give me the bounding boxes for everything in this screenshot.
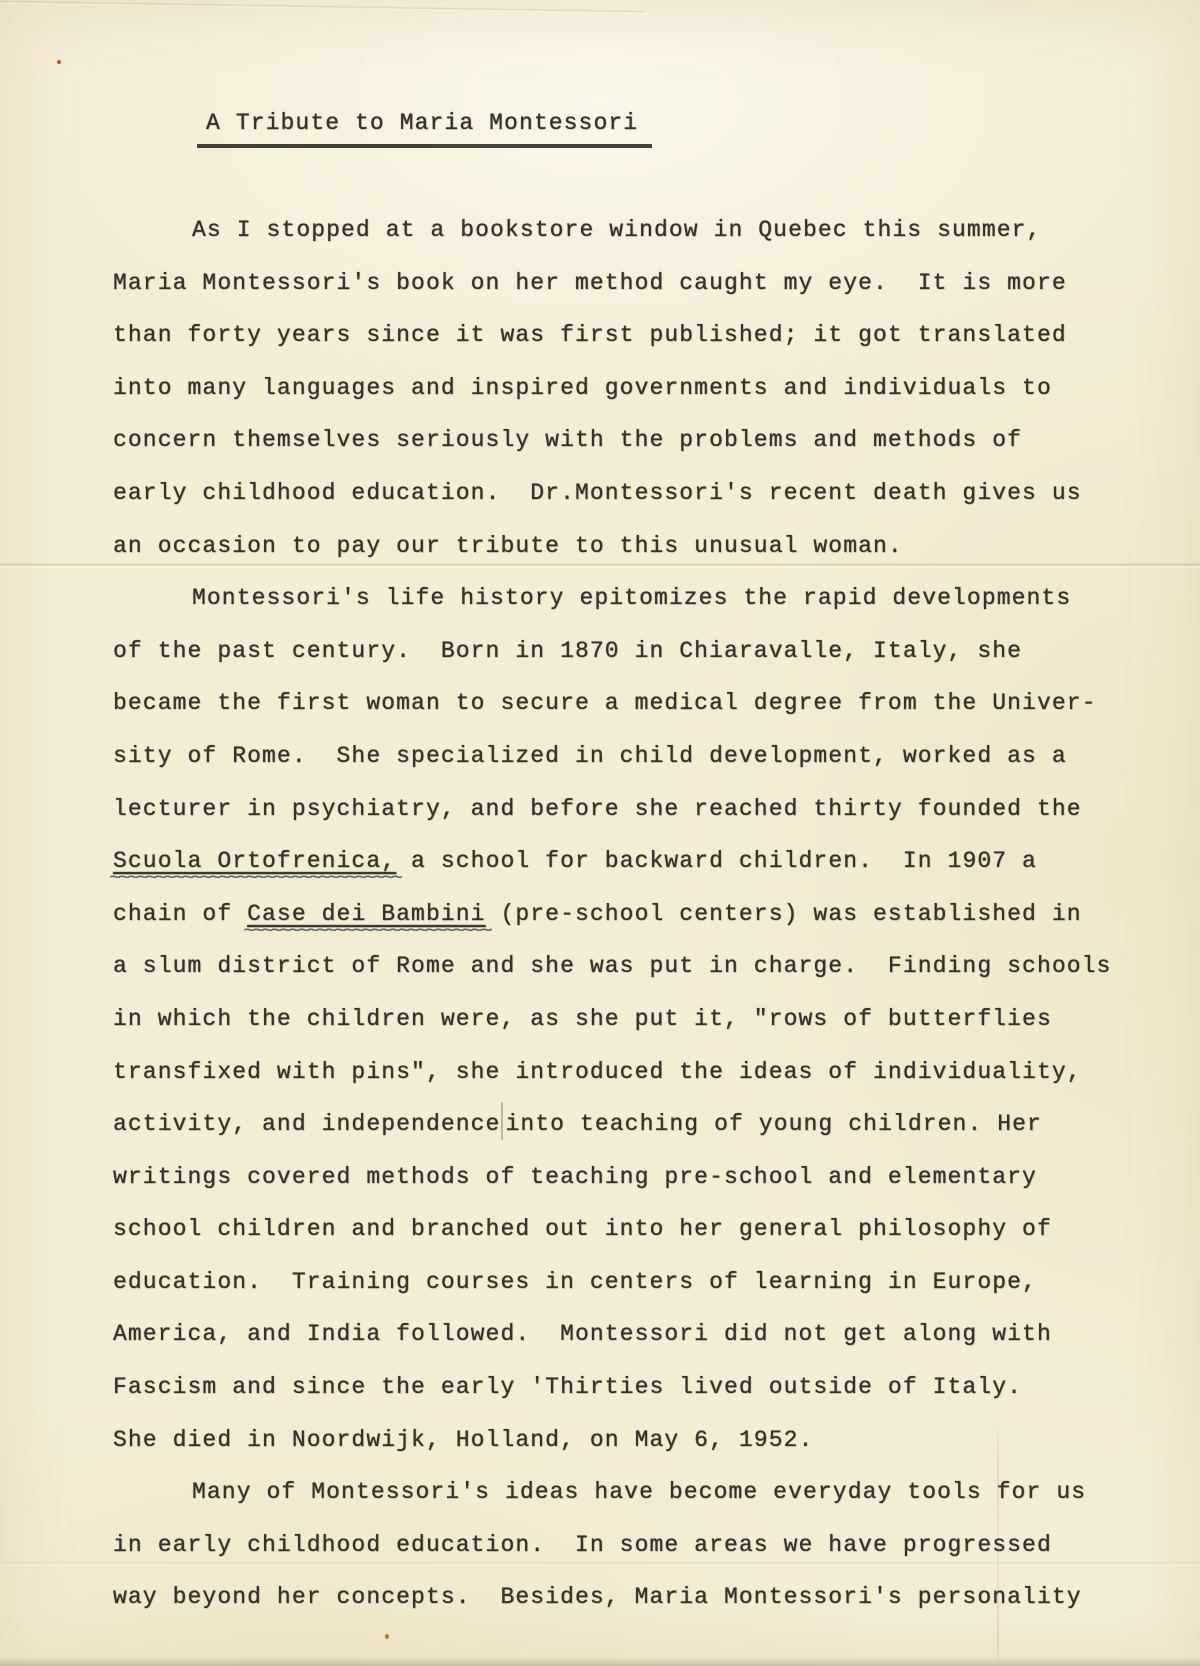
text-line: early childhood education. Dr.Montessori… bbox=[113, 467, 1133, 520]
wavy-underlined-phrase: Scuola Ortofrenica, bbox=[113, 848, 396, 874]
text-run: Montessori's life history epitomizes the… bbox=[192, 585, 1071, 611]
text-line: lecturer in psychiatry, and before she r… bbox=[113, 783, 1133, 836]
text-line: school children and branched out into he… bbox=[113, 1203, 1133, 1256]
text-run: education. Training courses in centers o… bbox=[113, 1269, 1037, 1295]
text-line: Fascism and since the early 'Thirties li… bbox=[113, 1361, 1133, 1414]
text-line: activity, and independenceinto teaching … bbox=[113, 1098, 1133, 1151]
text-line: Many of Montessori's ideas have become e… bbox=[113, 1466, 1133, 1519]
text-line: in early childhood education. In some ar… bbox=[113, 1519, 1133, 1572]
text-line: Scuola Ortofrenica, a school for backwar… bbox=[113, 835, 1133, 888]
document-body: As I stopped at a bookstore window in Qu… bbox=[113, 204, 1133, 1624]
text-run: became the first woman to secure a medic… bbox=[113, 690, 1097, 716]
text-line: concern themselves seriously with the pr… bbox=[113, 414, 1133, 467]
text-run: in early childhood education. In some ar… bbox=[113, 1532, 1052, 1558]
text-line: than forty years since it was first publ… bbox=[113, 309, 1133, 362]
text-run: activity, and independence bbox=[113, 1111, 500, 1137]
text-run: school children and branched out into he… bbox=[113, 1216, 1052, 1242]
wavy-underlined-phrase: Case dei Bambini bbox=[247, 901, 485, 927]
text-run: into teaching of young children. Her bbox=[505, 1111, 1041, 1137]
ink-speck bbox=[385, 1634, 389, 1639]
text-run: a school for backward children. In 1907 … bbox=[396, 848, 1037, 874]
insertion-mark bbox=[501, 1102, 503, 1140]
text-run: writings covered methods of teaching pre… bbox=[113, 1164, 1037, 1190]
text-run: Maria Montessori's book on her method ca… bbox=[113, 270, 1067, 296]
document-title: A Tribute to Maria Montessori bbox=[197, 108, 652, 148]
text-run: way beyond her concepts. Besides, Maria … bbox=[113, 1584, 1082, 1610]
text-run: Many of Montessori's ideas have become e… bbox=[192, 1479, 1086, 1505]
text-run: concern themselves seriously with the pr… bbox=[113, 427, 1022, 453]
text-line: way beyond her concepts. Besides, Maria … bbox=[113, 1571, 1133, 1624]
text-run: into many languages and inspired governm… bbox=[113, 375, 1052, 401]
text-run: (pre-school centers) was established in bbox=[486, 901, 1082, 927]
paper-fold-crease bbox=[0, 0, 645, 14]
text-line: an occasion to pay our tribute to this u… bbox=[113, 520, 1133, 573]
text-line: Maria Montessori's book on her method ca… bbox=[113, 257, 1133, 310]
text-run: early childhood education. Dr.Montessori… bbox=[113, 480, 1082, 506]
ink-speck bbox=[57, 60, 61, 64]
text-run: Fascism and since the early 'Thirties li… bbox=[113, 1374, 1022, 1400]
text-run: As I stopped at a bookstore window in Qu… bbox=[192, 217, 1041, 243]
text-run: lecturer in psychiatry, and before she r… bbox=[113, 796, 1082, 822]
text-run: chain of bbox=[113, 901, 247, 927]
scan-edge-shadow bbox=[0, 1657, 1200, 1666]
text-line: She died in Noordwijk, Holland, on May 6… bbox=[113, 1414, 1133, 1467]
text-line: America, and India followed. Montessori … bbox=[113, 1308, 1133, 1361]
text-run: sity of Rome. She specialized in child d… bbox=[113, 743, 1067, 769]
text-line: in which the children were, as she put i… bbox=[113, 993, 1133, 1046]
text-line: education. Training courses in centers o… bbox=[113, 1256, 1133, 1309]
text-run: in which the children were, as she put i… bbox=[113, 1006, 1052, 1032]
text-run: of the past century. Born in 1870 in Chi… bbox=[113, 638, 1022, 664]
text-line: a slum district of Rome and she was put … bbox=[113, 940, 1133, 993]
text-line: transfixed with pins", she introduced th… bbox=[113, 1046, 1133, 1099]
text-run: an occasion to pay our tribute to this u… bbox=[113, 533, 903, 559]
text-run: a slum district of Rome and she was put … bbox=[113, 953, 1111, 979]
text-line: writings covered methods of teaching pre… bbox=[113, 1151, 1133, 1204]
text-run: than forty years since it was first publ… bbox=[113, 322, 1067, 348]
text-line: into many languages and inspired governm… bbox=[113, 362, 1133, 415]
text-line: became the first woman to secure a medic… bbox=[113, 677, 1133, 730]
scanned-typewritten-page: A Tribute to Maria Montessori As I stopp… bbox=[0, 0, 1200, 1666]
text-line: As I stopped at a bookstore window in Qu… bbox=[113, 204, 1133, 257]
text-run: America, and India followed. Montessori … bbox=[113, 1321, 1052, 1347]
text-line: Montessori's life history epitomizes the… bbox=[113, 572, 1133, 625]
text-line: of the past century. Born in 1870 in Chi… bbox=[113, 625, 1133, 678]
text-line: sity of Rome. She specialized in child d… bbox=[113, 730, 1133, 783]
text-run: She died in Noordwijk, Holland, on May 6… bbox=[113, 1427, 813, 1453]
text-line: chain of Case dei Bambini (pre-school ce… bbox=[113, 888, 1133, 941]
text-run: transfixed with pins", she introduced th… bbox=[113, 1059, 1082, 1085]
